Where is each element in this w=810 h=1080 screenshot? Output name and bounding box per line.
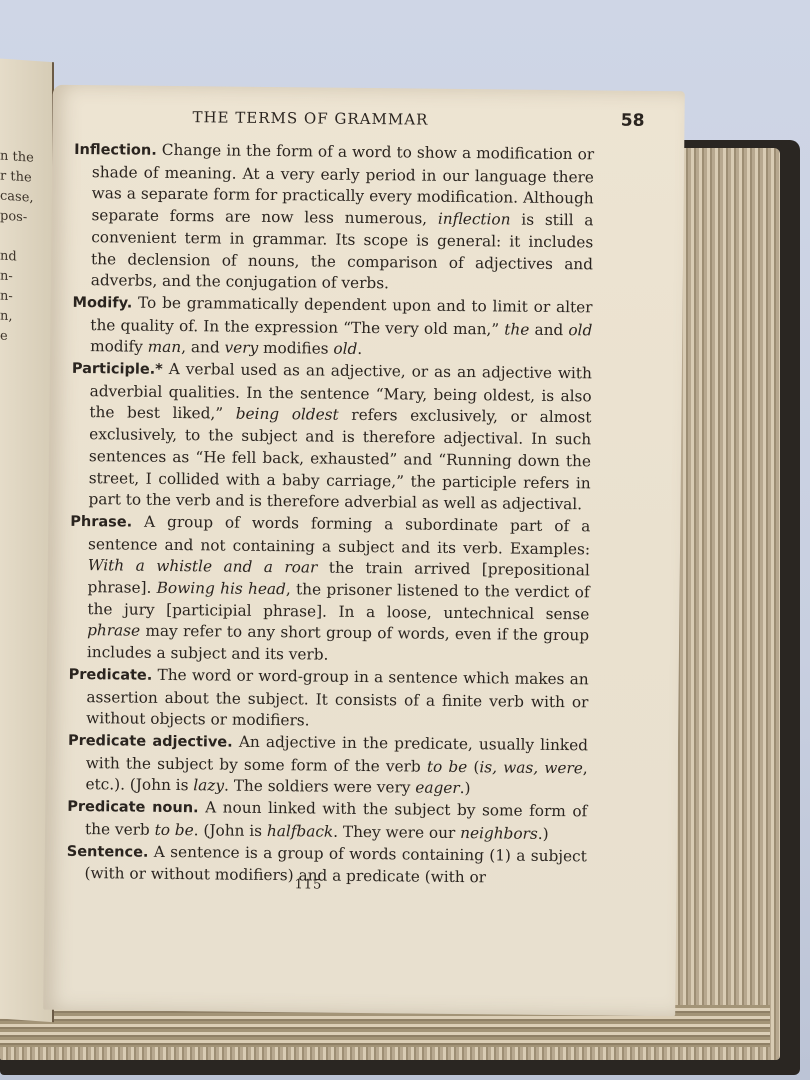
italic-example: to be [427, 757, 468, 775]
definition-text: The word or word-group in a sentence whi… [86, 666, 589, 730]
glossary-entry: Predicate noun. A noun linked with the s… [67, 796, 587, 846]
left-page-text: r the [0, 168, 32, 185]
definition-text: modifies [258, 339, 333, 358]
definition-text: ( [467, 758, 479, 776]
italic-example: eager [415, 779, 460, 797]
italic-example: With a whistle and a roar [88, 556, 318, 576]
italic-example: being oldest [236, 405, 339, 424]
italic-example: phrase [87, 622, 140, 641]
definition-text: may refer to any short group of words, e… [87, 622, 589, 664]
left-page-text: case, [0, 188, 34, 205]
definition-text: A sentence is a group of words containin… [85, 842, 587, 886]
italic-example: neighbors [460, 824, 538, 843]
left-page-text: n- [0, 288, 13, 304]
definition-text: and [529, 320, 568, 338]
definition-text: .) [460, 779, 471, 797]
italic-example: old [333, 340, 357, 358]
glossary-entry: Modify. To be grammatically dependent up… [72, 292, 593, 364]
italic-example: Bowing his head [157, 579, 286, 598]
folio-number: 115 [294, 877, 322, 892]
glossary-entries: Inflection. Change in the form of a word… [66, 139, 594, 890]
glossary-entry: Predicate adjective. An adjective in the… [67, 730, 588, 802]
italic-example: man [148, 338, 182, 356]
definition-text: , and [181, 338, 225, 356]
italic-example: inflection [438, 210, 511, 229]
left-page-text: nd [0, 248, 17, 264]
italic-example: lazy [193, 777, 224, 795]
glossary-term: Phrase. [70, 514, 132, 531]
glossary-entry: Phrase. A group of words forming a subor… [69, 511, 591, 669]
page-number: 58 [621, 111, 645, 131]
left-page-text: n, [0, 308, 13, 324]
glossary-term: Predicate adjective. [68, 733, 233, 751]
italic-example: to be [155, 821, 194, 839]
glossary-term: Predicate noun. [67, 799, 198, 816]
left-page-text: n- [0, 268, 13, 284]
italic-example: very [224, 339, 258, 357]
italic-example: is, was, were [479, 758, 583, 777]
glossary-term: Sentence. [67, 843, 149, 860]
left-page-text: e [0, 328, 8, 344]
definition-text: . The soldiers were very [224, 777, 415, 797]
italic-example: halfback [267, 822, 333, 841]
left-page-text: n the [0, 148, 34, 165]
definition-text: . [357, 340, 362, 358]
definition-text: A group of words forming a subordinate p… [88, 513, 590, 558]
glossary-entry: Predicate. The word or word-group in a s… [68, 664, 589, 736]
definition-text: . They were our [333, 822, 460, 841]
definition-text: .) [538, 825, 549, 843]
book-page: THE TERMS OF GRAMMAR 58 Inflection. Chan… [43, 85, 685, 1017]
glossary-term: Predicate. [69, 667, 153, 684]
definition-text: modify [90, 337, 148, 356]
definition-text: . (John is [194, 821, 267, 840]
left-page-text: pos- [0, 208, 27, 225]
italic-example: the [504, 320, 529, 338]
glossary-term: Modify. [72, 295, 132, 312]
glossary-entry: Sentence. A sentence is a group of words… [66, 840, 586, 890]
glossary-entry: Inflection. Change in the form of a word… [73, 139, 595, 297]
glossary-entry: Participle.* A verbal used as an adjecti… [70, 358, 592, 516]
running-head: THE TERMS OF GRAMMAR [192, 108, 428, 128]
glossary-term: Participle.* [72, 361, 163, 378]
glossary-term: Inflection. [74, 142, 157, 159]
italic-example: old [568, 321, 592, 339]
